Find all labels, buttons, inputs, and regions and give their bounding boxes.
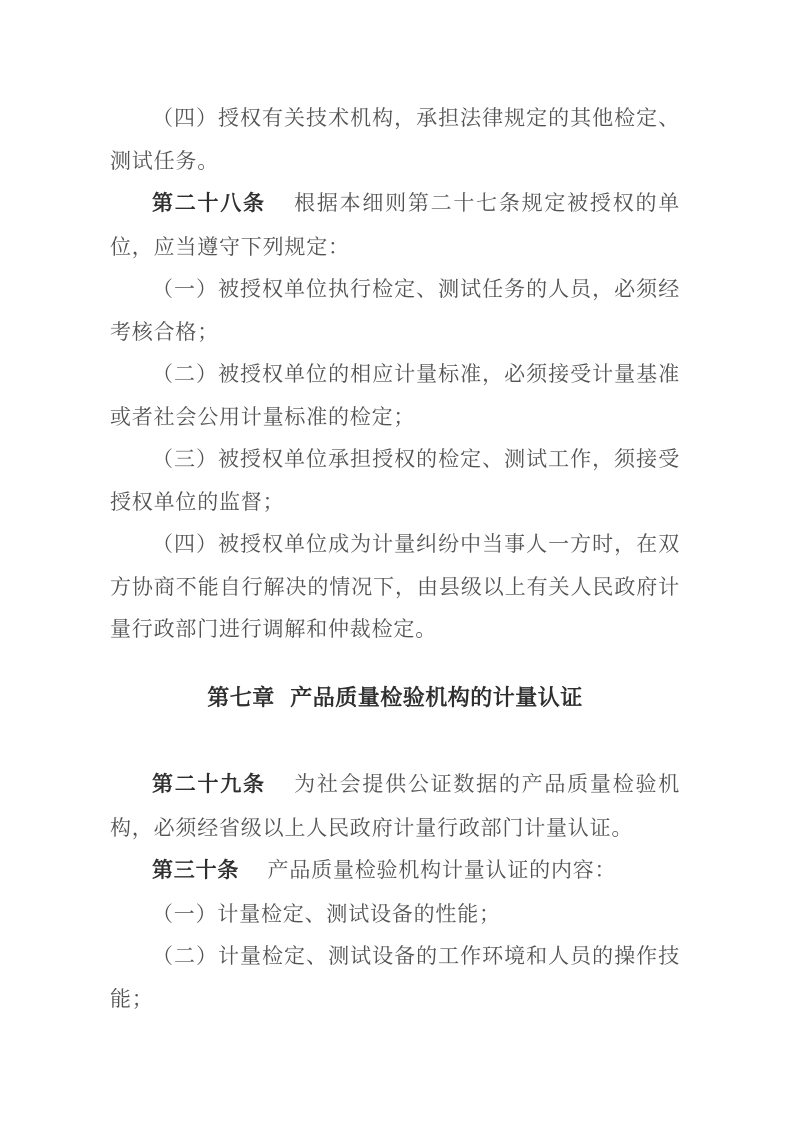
paragraph-item-1: （一）被授权单位执行检定、测试任务的人员，必须经考核合格；	[110, 268, 680, 353]
paragraph-text: （二）计量检定、测试设备的工作环境和人员的操作技能；	[110, 944, 680, 1011]
document-content: （四）授权有关技术机构，承担法律规定的其他检定、测试任务。 第二十八条根据本细则…	[0, 0, 793, 1122]
paragraph-item-4: （四）被授权单位成为计量纠纷中当事人一方时，在双方协商不能自行解决的情况下，由县…	[110, 523, 680, 651]
document-page: （四）授权有关技术机构，承担法律规定的其他检定、测试任务。 第二十八条根据本细则…	[0, 0, 793, 1122]
article-number: 第三十条	[152, 859, 239, 882]
paragraph-article-28: 第二十八条根据本细则第二十七条规定被授权的单位，应当遵守下列规定：	[110, 182, 680, 268]
chapter-heading: 第七章产品质量检验机构的计量认证	[110, 677, 680, 720]
paragraph-article-29: 第二十九条为社会提供公证数据的产品质量检验机构，必须经省级以上人民政府计量行政部…	[110, 763, 680, 849]
chapter-number: 第七章	[207, 685, 275, 710]
paragraph-item-4-prev-article: （四）授权有关技术机构，承担法律规定的其他检定、测试任务。	[110, 97, 680, 182]
paragraph-item-1-art30: （一）计量检定、测试设备的性能；	[110, 893, 680, 936]
paragraph-item-3: （三）被授权单位承担授权的检定、测试工作，须接受授权单位的监督；	[110, 438, 680, 523]
paragraph-text: （四）授权有关技术机构，承担法律规定的其他检定、测试任务。	[110, 106, 680, 173]
article-number: 第二十九条	[152, 773, 266, 796]
paragraph-text: （三）被授权单位承担授权的检定、测试工作，须接受授权单位的监督；	[110, 447, 680, 514]
paragraph-text: （一）被授权单位执行检定、测试任务的人员，必须经考核合格；	[110, 277, 680, 344]
chapter-title: 产品质量检验机构的计量认证	[290, 685, 583, 710]
paragraph-article-30: 第三十条产品质量检验机构计量认证的内容：	[110, 849, 680, 893]
paragraph-text: （四）被授权单位成为计量纠纷中当事人一方时，在双方协商不能自行解决的情况下，由县…	[110, 532, 680, 641]
paragraph-text: （一）计量检定、测试设备的性能；	[152, 902, 501, 926]
paragraph-text: 产品质量检验机构计量认证的内容：	[268, 858, 617, 882]
article-number: 第二十八条	[152, 192, 266, 215]
paragraph-text: （二）被授权单位的相应计量标准，必须接受计量基准或者社会公用计量标准的检定；	[110, 362, 680, 429]
paragraph-item-2: （二）被授权单位的相应计量标准，必须接受计量基准或者社会公用计量标准的检定；	[110, 353, 680, 438]
paragraph-item-2-art30: （二）计量检定、测试设备的工作环境和人员的操作技能；	[110, 935, 680, 1020]
